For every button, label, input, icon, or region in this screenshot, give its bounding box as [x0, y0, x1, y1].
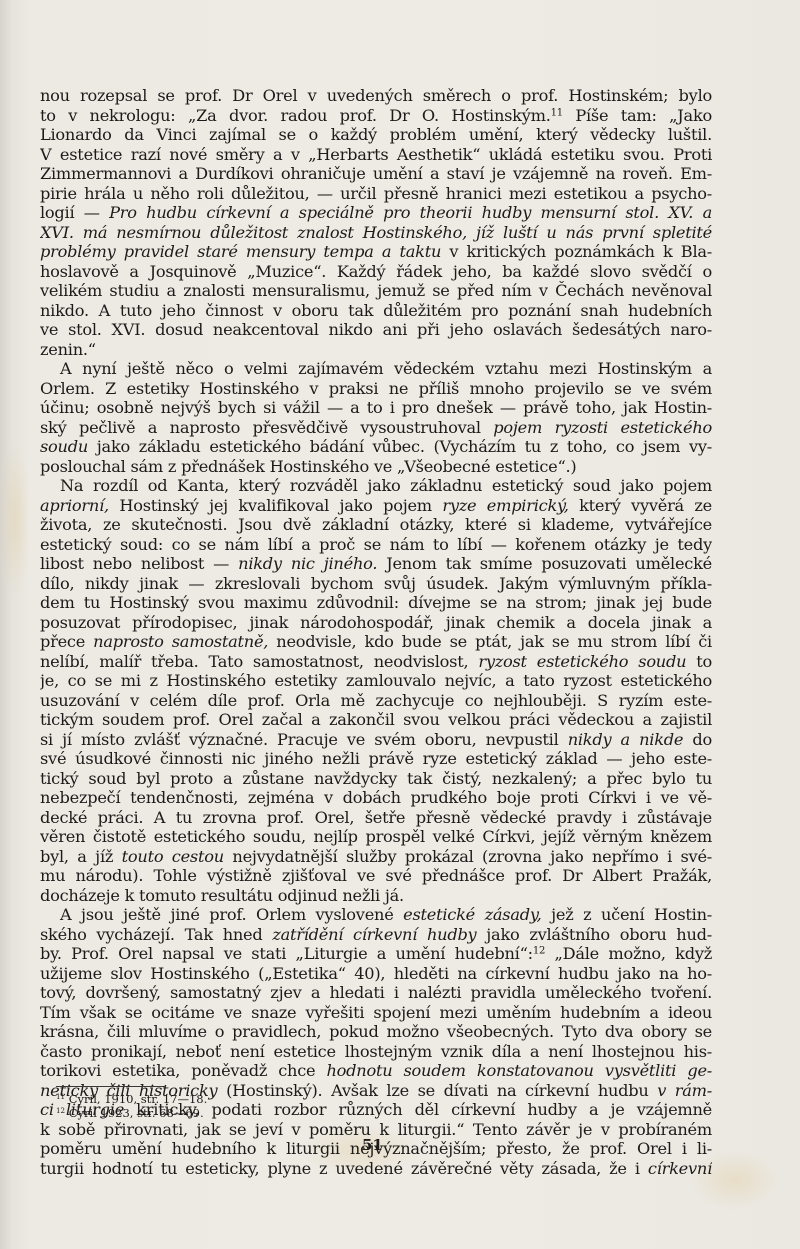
text-segment: zenin.“: [40, 340, 96, 359]
text-line: účinu; osobně nejvýš bych si vážil — a t…: [40, 398, 712, 418]
text-segment: velikém studiu a znalosti mensuralismu, …: [40, 281, 712, 300]
text-segment: života, ze skutečnosti. Jsou dvě základn…: [40, 515, 712, 534]
italic-text: Pro hudbu církevní a speciálně pro theor…: [109, 203, 712, 222]
text-line: dem tu Hostinský svou maximu zdůvodnil: …: [40, 593, 712, 613]
footnote: 12 Cyril 1923, str. 68—69.: [56, 1106, 207, 1120]
text-line: často pronikají, neboť není estetice lho…: [40, 1042, 712, 1062]
text-line: byl, a jíž touto cestou nejvydatnější sl…: [40, 847, 712, 867]
text-line: libost nebo nelibost — nikdy nic jiného.…: [40, 554, 712, 574]
text-line: krásna, čili mluvíme o pravidlech, pokud…: [40, 1022, 712, 1042]
text-line: XVI. má nesmírnou důležitost znalost Hos…: [40, 223, 712, 243]
text-segment: nebezpečí tendenčnosti, zejména v dobách…: [40, 788, 712, 807]
text-line: by. Prof. Orel napsal ve stati „Liturgie…: [40, 944, 712, 964]
text-line: usuzování v celém díle prof. Orla mě zac…: [40, 691, 712, 711]
text-segment: nejvydatnější služby prokázal (zrovna ja…: [224, 847, 712, 866]
text-line: pirie hrála u něho roli důležitou, — urč…: [40, 184, 712, 204]
text-segment: Zimmermannovi a Durdíkovi ohraničuje umě…: [40, 164, 712, 183]
text-segment: estetický soud: co se nám líbí a proč se…: [40, 535, 712, 554]
text-line: decké práci. A tu zrovna prof. Orel, šet…: [40, 808, 712, 828]
text-line: věren čistotě estetického soudu, nejlíp …: [40, 827, 712, 847]
italic-text: zatřídění církevní hudby: [272, 925, 476, 944]
text-segment: Jenom tak smíme posuzovati umělecké: [377, 554, 712, 573]
text-line: torikovi estetika, poněvadž chce hodnotu…: [40, 1061, 712, 1081]
text-segment: decké práci. A tu zrovna prof. Orel, šet…: [40, 808, 712, 827]
text-segment: „Dále možno, když: [545, 944, 712, 963]
text-line: je, co se mi z Hostinského estetiky zaml…: [40, 671, 712, 691]
text-segment: tový, dovršený, samostatný zjev a hledat…: [40, 983, 712, 1002]
footnote-mark: 12: [56, 1106, 65, 1115]
text-line: mu národu). Tohle výstižně zjišťoval ve …: [40, 866, 712, 886]
text-line: A nyní ještě něco o velmi zajímavém věde…: [40, 359, 712, 379]
text-segment: ve stol. XVI. dosud neakcentoval nikdo a…: [40, 320, 712, 339]
text-line: to v nekrologu: „Za dvor. radou prof. Dr…: [40, 106, 712, 126]
page-number: 51: [362, 1136, 383, 1154]
text-segment: Orlem. Z estetiky Hostinského v praksi n…: [40, 379, 712, 398]
text-line: ve stol. XVI. dosud neakcentoval nikdo a…: [40, 320, 712, 340]
text-segment: Na rozdíl od Kanta, který rozváděl jako …: [60, 476, 712, 495]
text-segment: věren čistotě estetického soudu, nejlíp …: [40, 827, 712, 846]
text-line: života, ze skutečnosti. Jsou dvě základn…: [40, 515, 712, 535]
footnote-mark: 11: [56, 1092, 65, 1101]
text-segment: A jsou ještě jiné prof. Orlem vyslovené: [60, 905, 403, 924]
text-segment: kriticky, podati rozbor různých děl círk…: [124, 1100, 712, 1119]
italic-text: XVI. má nesmírnou důležitost znalost Hos…: [40, 223, 712, 242]
text-line: nou rozepsal se prof. Dr Orel v uvedenýc…: [40, 86, 712, 106]
text-line: své úsudkové činnosti nic jiného nežli p…: [40, 749, 712, 769]
text-segment: do: [683, 730, 712, 749]
scanned-page: nou rozepsal se prof. Dr Orel v uvedenýc…: [0, 0, 800, 1249]
italic-text: estetické zásady,: [403, 905, 541, 924]
text-segment: krásna, čili mluvíme o pravidlech, pokud…: [40, 1022, 712, 1041]
text-segment: své úsudkové činnosti nic jiného nežli p…: [40, 749, 712, 768]
text-line: ského vycházejí. Tak hned zatřídění círk…: [40, 925, 712, 945]
text-line: posuzovat přírodopisec, jinak národohosp…: [40, 613, 712, 633]
text-segment: nikdo. A tuto jeho činnost v oboru tak d…: [40, 301, 712, 320]
text-line: apriorní, Hostinský jej kvalifikoval jak…: [40, 496, 712, 516]
text-segment: ský pečlivě a naprosto přesvědčivě vysou…: [40, 418, 493, 437]
text-line: turgii hodnotí tu esteticky, plyne z uve…: [40, 1159, 712, 1179]
text-segment: účinu; osobně nejvýš bych si vážil — a t…: [40, 398, 712, 417]
text-segment: dílo, nikdy jinak — zkreslovali bychom s…: [40, 574, 712, 593]
text-segment: byl, a jíž: [40, 847, 122, 866]
text-segment: Hostinský jej kvalifikoval jako pojem: [109, 496, 442, 515]
text-segment: hoslavově a Josquinově „Muzice“. Každý ř…: [40, 262, 712, 281]
text-segment: docházeje k tomuto resultátu odjinud než…: [40, 886, 404, 905]
text-segment: nou rozepsal se prof. Dr Orel v uvedenýc…: [40, 86, 712, 105]
footnote-reference: 11: [551, 107, 563, 118]
text-segment: je, co se mi z Hostinského estetiky zaml…: [40, 671, 712, 690]
footnote-divider: [56, 1086, 166, 1087]
text-line: docházeje k tomuto resultátu odjinud než…: [40, 886, 712, 906]
text-line: ský pečlivě a naprosto přesvědčivě vysou…: [40, 418, 712, 438]
text-line: Na rozdíl od Kanta, který rozváděl jako …: [40, 476, 712, 496]
text-line: nelíbí, malíř třeba. Tato samostatnost, …: [40, 652, 712, 672]
text-segment: nelíbí, malíř třeba. Tato samostatnost, …: [40, 652, 478, 671]
text-segment: V estetice razí nové směry a v „Herbarts…: [40, 145, 712, 164]
text-line: Lionardo da Vinci zajímal se o každý pro…: [40, 125, 712, 145]
text-segment: A nyní ještě něco o velmi zajímavém věde…: [60, 359, 712, 378]
text-segment: přece: [40, 632, 93, 651]
italic-text: hodnotu soudem konstatovanou vysvětliti …: [326, 1061, 712, 1080]
italic-text: nikdy a nikde: [568, 730, 684, 749]
text-line: estetický soud: co se nám líbí a proč se…: [40, 535, 712, 555]
text-segment: mu národu). Tohle výstižně zjišťoval ve …: [40, 866, 712, 885]
text-segment: často pronikají, neboť není estetice lho…: [40, 1042, 712, 1061]
text-segment: pirie hrála u něho roli důležitou, — urč…: [40, 184, 712, 203]
footnote: 11 Cyril, 1910, str. 17—18.: [56, 1092, 207, 1106]
text-segment: jež z učení Hostin-: [542, 905, 713, 924]
text-segment: tickým soudem prof. Orel začal a zakonči…: [40, 710, 712, 729]
text-line: nebezpečí tendenčnosti, zejména v dobách…: [40, 788, 712, 808]
text-line: si jí místo zvlášť význačné. Pracuje ve …: [40, 730, 712, 750]
italic-text: touto cestou: [122, 847, 224, 866]
text-line: tickým soudem prof. Orel začal a zakonči…: [40, 710, 712, 730]
text-segment: by. Prof. Orel napsal ve stati „Liturgie…: [40, 944, 533, 963]
text-line: zenin.“: [40, 340, 712, 360]
italic-text: apriorní,: [40, 496, 109, 515]
text-line: poslouchal sám z přednášek Hostinského v…: [40, 457, 712, 477]
italic-text: naprosto samostatně,: [93, 632, 268, 651]
text-segment: usuzování v celém díle prof. Orla mě zac…: [40, 691, 712, 710]
text-segment: si jí místo zvlášť význačné. Pracuje ve …: [40, 730, 568, 749]
text-segment: turgii hodnotí tu esteticky, plyne z uve…: [40, 1159, 648, 1178]
italic-text: problémy pravidel staré mensury tempa a …: [40, 242, 441, 261]
text-line: hoslavově a Josquinově „Muzice“. Každý ř…: [40, 262, 712, 282]
text-line: Orlem. Z estetiky Hostinského v praksi n…: [40, 379, 712, 399]
footnote-text: Cyril 1923, str. 68—69.: [65, 1106, 204, 1120]
footnote-text: Cyril, 1910, str. 17—18.: [65, 1092, 207, 1106]
text-line: velikém studiu a znalosti mensuralismu, …: [40, 281, 712, 301]
text-segment: tický soud byl proto a zůstane navždycky…: [40, 769, 712, 788]
text-line: užijeme slov Hostinského („Estetika“ 40)…: [40, 964, 712, 984]
text-line: přece naprosto samostatně, neodvisle, kd…: [40, 632, 712, 652]
footnotes: 11 Cyril, 1910, str. 17—18.12 Cyril 1923…: [56, 1092, 207, 1120]
text-line: tový, dovršený, samostatný zjev a hledat…: [40, 983, 712, 1003]
text-segment: Tím však se ocitáme ve snaze vyřešiti sp…: [40, 1003, 712, 1022]
text-segment: neodvisle, kdo bude se ptát, jak se mu s…: [268, 632, 712, 651]
body-text: nou rozepsal se prof. Dr Orel v uvedenýc…: [40, 86, 712, 1178]
text-segment: torikovi estetika, poněvadž chce: [40, 1061, 326, 1080]
text-line: problémy pravidel staré mensury tempa a …: [40, 242, 712, 262]
text-segment: libost nebo nelibost —: [40, 554, 238, 573]
italic-text: ryze empirický,: [442, 496, 568, 515]
paper-stain: [0, 440, 30, 600]
text-segment: ského vycházejí. Tak hned: [40, 925, 272, 944]
italic-text: v rám-: [657, 1081, 712, 1100]
text-segment: který vyvěrá ze: [569, 496, 712, 515]
italic-text: soudu: [40, 437, 88, 456]
text-segment: posuzovat přírodopisec, jinak národohosp…: [40, 613, 712, 632]
text-segment: poslouchal sám z přednášek Hostinského v…: [40, 457, 577, 476]
text-line: nikdo. A tuto jeho činnost v oboru tak d…: [40, 301, 712, 321]
text-segment: (Hostinský). Avšak lze se dívati na círk…: [217, 1081, 657, 1100]
text-segment: jako základu estetického bádání vůbec. (…: [88, 437, 712, 456]
text-line: soudu jako základu estetického bádání vů…: [40, 437, 712, 457]
text-line: Tím však se ocitáme ve snaze vyřešiti sp…: [40, 1003, 712, 1023]
text-line: tický soud byl proto a zůstane navždycky…: [40, 769, 712, 789]
text-segment: v kritických poznámkách k Bla-: [441, 242, 712, 261]
italic-text: církevní: [648, 1159, 712, 1178]
italic-text: nikdy nic jiného.: [238, 554, 377, 573]
text-segment: dem tu Hostinský svou maximu zdůvodnil: …: [40, 593, 712, 612]
text-line: logií — Pro hudbu církevní a speciálně p…: [40, 203, 712, 223]
text-segment: logií —: [40, 203, 109, 222]
text-line: Zimmermannovi a Durdíkovi ohraničuje umě…: [40, 164, 712, 184]
text-line: V estetice razí nové směry a v „Herbarts…: [40, 145, 712, 165]
text-line: A jsou ještě jiné prof. Orlem vyslovené …: [40, 905, 712, 925]
text-segment: jako zvláštního oboru hud-: [476, 925, 712, 944]
text-segment: Píše tam: „Jako: [563, 106, 712, 125]
text-segment: Lionardo da Vinci zajímal se o každý pro…: [40, 125, 712, 144]
italic-text: pojem ryzosti estetického: [493, 418, 712, 437]
text-segment: užijeme slov Hostinského („Estetika“ 40)…: [40, 964, 712, 983]
footnote-reference: 12: [533, 945, 545, 956]
text-line: dílo, nikdy jinak — zkreslovali bychom s…: [40, 574, 712, 594]
text-segment: to v nekrologu: „Za dvor. radou prof. Dr…: [40, 106, 551, 125]
italic-text: ryzost estetického soudu: [478, 652, 686, 671]
text-segment: to: [686, 652, 712, 671]
